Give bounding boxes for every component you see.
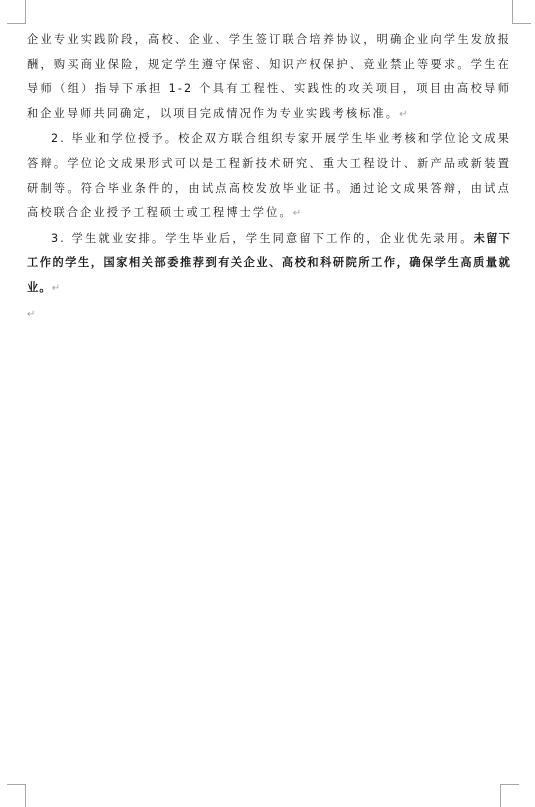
paragraph-text: 企业专业实践阶段，高校、企业、学生签订联合培养协议，明确企业向学生发放报酬，购买… bbox=[27, 33, 511, 120]
paragraph-text: 2. 毕业和学位授予。校企双方联合组织专家开展学生毕业考核和学位论文成果答辩。学… bbox=[27, 132, 511, 219]
paragraph-mark-icon: ↵ bbox=[27, 309, 35, 320]
empty-paragraph: ↵ bbox=[27, 302, 511, 327]
document-body[interactable]: 企业专业实践阶段，高校、企业、学生签订联合培养协议，明确企业向学生发放报酬，购买… bbox=[27, 28, 511, 326]
paragraph-graduation-degree: 2. 毕业和学位授予。校企双方联合组织专家开展学生毕业考核和学位论文成果答辩。学… bbox=[27, 127, 511, 226]
paragraph-text: 3. 学生就业安排。学生毕业后，学生同意留下工作的，企业优先录用。 bbox=[51, 232, 474, 245]
page-corner-mark-bottom-right bbox=[500, 784, 519, 807]
page-corner-mark-bottom-left bbox=[7, 784, 26, 807]
paragraph-practice: 企业专业实践阶段，高校、企业、学生签订联合培养协议，明确企业向学生发放报酬，购买… bbox=[27, 28, 511, 127]
paragraph-mark-icon: ↵ bbox=[399, 109, 407, 120]
page-corner-mark-top-left bbox=[7, 0, 26, 24]
page-corner-mark-top-right bbox=[512, 0, 531, 24]
paragraph-employment: 3. 学生就业安排。学生毕业后，学生同意留下工作的，企业优先录用。未留下工作的学… bbox=[27, 227, 511, 302]
paragraph-mark-icon: ↵ bbox=[52, 283, 60, 294]
paragraph-mark-icon: ↵ bbox=[293, 208, 301, 219]
